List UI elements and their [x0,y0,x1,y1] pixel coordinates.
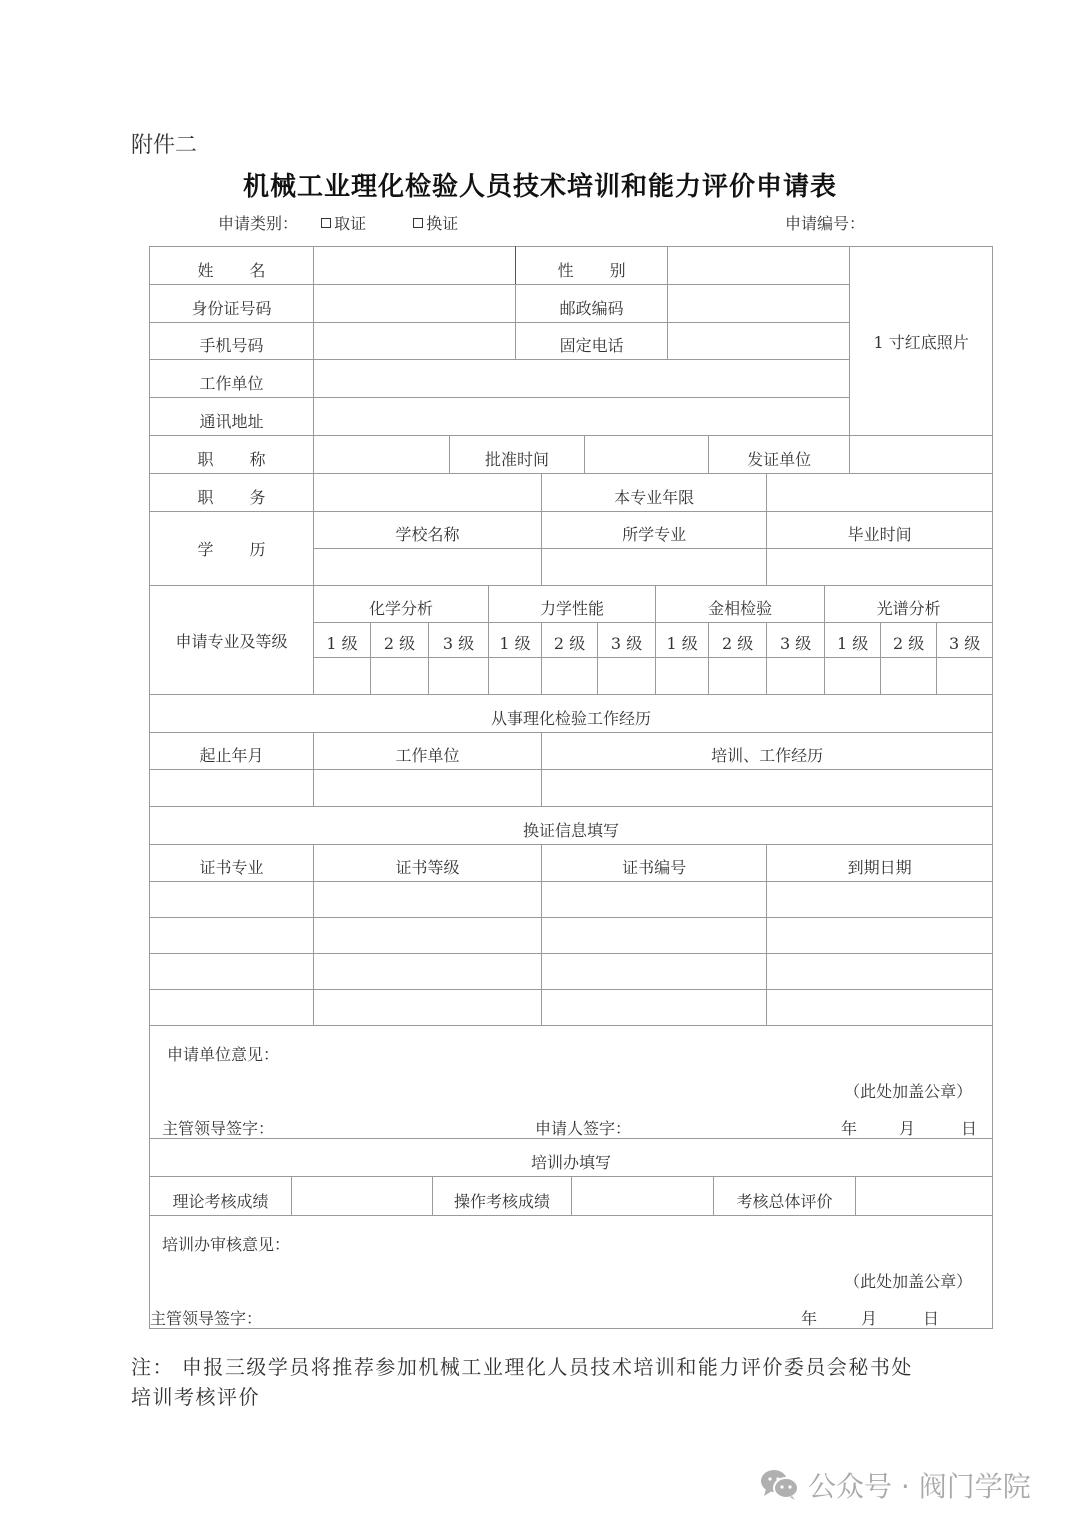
training-review-label: 培训办审核意见： [162,1232,290,1255]
cert-cell[interactable] [314,990,542,1026]
experience-employer-field[interactable] [314,770,542,807]
level-checkbox[interactable] [598,658,656,695]
level-checkbox[interactable] [371,658,429,695]
label-years: 本专业年限 [542,474,767,512]
training-office-section-title: 培训办填写 [150,1139,993,1177]
overall-evaluation-field[interactable] [856,1177,992,1215]
col-cert-number: 证书编号 [542,845,767,882]
landline-field[interactable] [668,323,850,360]
label-specialty-level: 申请专业及等级 [150,586,314,695]
label-id-number: 身份证号码 [150,285,314,323]
attachment-label: 附件二 [131,128,197,159]
graduation-time-field[interactable] [767,549,993,586]
title-rank-field[interactable] [314,436,450,474]
date-month: 月 [861,1306,877,1329]
group-mechanical-properties: 力学性能 [489,586,656,623]
level-checkbox[interactable] [429,658,489,695]
photo-placeholder[interactable]: 1 寸红底照片 [850,247,993,436]
col-employer: 工作单位 [314,733,542,770]
date-year: 年 [801,1306,817,1329]
cert-cell[interactable] [542,954,767,990]
option-renew-certificate[interactable]: 换证 [413,214,458,233]
col-period: 起止年月 [150,733,314,770]
leader-sign-label: 主管领导签字： [162,1116,274,1139]
label-mobile: 手机号码 [150,323,314,360]
level-checkbox[interactable] [709,658,767,695]
applicant-sign-label: 申请人签字： [535,1116,631,1139]
cert-cell[interactable] [314,918,542,954]
date-day: 日 [923,1306,939,1329]
level-checkbox[interactable] [825,658,881,695]
cert-cell[interactable] [542,990,767,1026]
cert-cell[interactable] [314,882,542,918]
label-address: 通讯地址 [150,398,314,436]
position-field[interactable] [314,474,542,512]
leader-sign-label: 主管领导签字： [150,1306,262,1329]
level-label: 3 级 [429,623,489,658]
practice-score-field[interactable] [572,1177,714,1215]
label-practice-score: 操作考核成绩 [433,1177,572,1215]
label-approval-time: 批准时间 [450,436,585,474]
label-major: 所学专业 [542,512,767,549]
watermark: 公众号 · 阀门学院 [760,1465,1031,1505]
level-checkbox[interactable] [881,658,937,695]
label-graduation-time: 毕业时间 [767,512,993,549]
training-history-field[interactable] [542,770,993,807]
mobile-field[interactable] [314,323,516,360]
group-chemical-analysis: 化学分析 [314,586,489,623]
level-checkbox[interactable] [314,658,371,695]
approval-time-field[interactable] [585,436,709,474]
level-label: 1 级 [825,623,881,658]
cert-cell[interactable] [767,918,993,954]
group-metallography: 金相检验 [656,586,825,623]
training-review-block[interactable]: 培训办审核意见： （此处加盖公章） 主管领导签字： 年 月 日 [150,1216,993,1329]
label-gender: 性别 [516,247,668,285]
cert-cell[interactable] [150,918,314,954]
col-expiry-date: 到期日期 [767,845,993,882]
period-field[interactable] [150,770,314,807]
application-category: 申请类别： 取证 换证 [218,211,458,234]
name-field[interactable] [314,247,516,285]
cert-cell[interactable] [542,918,767,954]
major-field[interactable] [542,549,767,586]
footnote: 注： 申报三级学员将推荐参加机械工业理化人员技术培训和能力评价委员会秘书处 培训… [131,1352,913,1412]
level-checkbox[interactable] [542,658,598,695]
level-label: 2 级 [371,623,429,658]
label-postcode: 邮政编码 [516,285,668,323]
label-theory-score: 理论考核成绩 [150,1177,292,1215]
application-form-table: 姓名 性别 1 寸红底照片 身份证号码 邮政编码 手机号码 固定电话 工作单位 … [149,246,993,1329]
option-new-certificate[interactable]: 取证 [321,214,366,233]
table-row [150,954,993,990]
level-label: 3 级 [937,623,993,658]
table-row [150,918,993,954]
checkbox-icon[interactable] [413,218,423,228]
col-training-history: 培训、工作经历 [542,733,993,770]
level-label: 1 级 [489,623,542,658]
level-label: 3 级 [598,623,656,658]
level-label: 1 级 [656,623,709,658]
seal-note: （此处加盖公章） [844,1269,972,1292]
level-checkbox[interactable] [767,658,825,695]
cert-cell[interactable] [767,990,993,1026]
gender-field[interactable] [668,247,850,285]
cert-cell[interactable] [150,990,314,1026]
label-school: 学校名称 [314,512,542,549]
group-spectral-analysis: 光谱分析 [825,586,993,623]
level-label: 3 级 [767,623,825,658]
cert-cell[interactable] [150,882,314,918]
years-field[interactable] [767,474,993,512]
cert-cell[interactable] [767,954,993,990]
cert-cell[interactable] [767,882,993,918]
table-row [150,882,993,918]
table-row [150,990,993,1026]
unit-opinion-label: 申请单位意见： [167,1042,279,1065]
level-label: 2 级 [709,623,767,658]
label-name: 姓名 [150,247,314,285]
label-issuer: 发证单位 [709,436,850,474]
label-landline: 固定电话 [516,323,668,360]
col-cert-level: 证书等级 [314,845,542,882]
issuer-field[interactable] [850,436,993,474]
cert-cell[interactable] [314,954,542,990]
renewal-section-title: 换证信息填写 [150,807,993,845]
postcode-field[interactable] [668,285,850,323]
address-field[interactable] [314,398,850,436]
school-field[interactable] [314,549,542,586]
date-day: 日 [961,1116,977,1139]
category-label: 申请类别： [218,214,298,233]
cert-cell[interactable] [150,954,314,990]
application-number-label: 申请编号： [785,211,865,234]
level-checkbox[interactable] [937,658,993,695]
theory-score-field[interactable] [292,1177,433,1215]
label-education: 学历 [150,512,314,586]
level-label: 2 级 [881,623,937,658]
employer-field[interactable] [314,360,850,398]
unit-opinion-block[interactable]: 申请单位意见： （此处加盖公章） 主管领导签字： 申请人签字： 年 月 日 [150,1026,993,1139]
date-year: 年 [841,1116,857,1139]
level-label: 2 级 [542,623,598,658]
label-employer: 工作单位 [150,360,314,398]
date-month: 月 [899,1116,915,1139]
wechat-icon [760,1469,800,1501]
level-label: 1 级 [314,623,371,658]
level-checkbox[interactable] [489,658,542,695]
label-title-rank: 职称 [150,436,314,474]
label-overall-evaluation: 考核总体评价 [714,1177,856,1215]
id-number-field[interactable] [314,285,516,323]
cert-cell[interactable] [542,882,767,918]
label-position: 职务 [150,474,314,512]
level-checkbox[interactable] [656,658,709,695]
experience-section-title: 从事理化检验工作经历 [150,695,993,733]
seal-note: （此处加盖公章） [844,1079,972,1102]
form-title: 机械工业理化检验人员技术培训和能力评价申请表 [0,166,1080,203]
checkbox-icon[interactable] [321,218,331,228]
col-cert-specialty: 证书专业 [150,845,314,882]
